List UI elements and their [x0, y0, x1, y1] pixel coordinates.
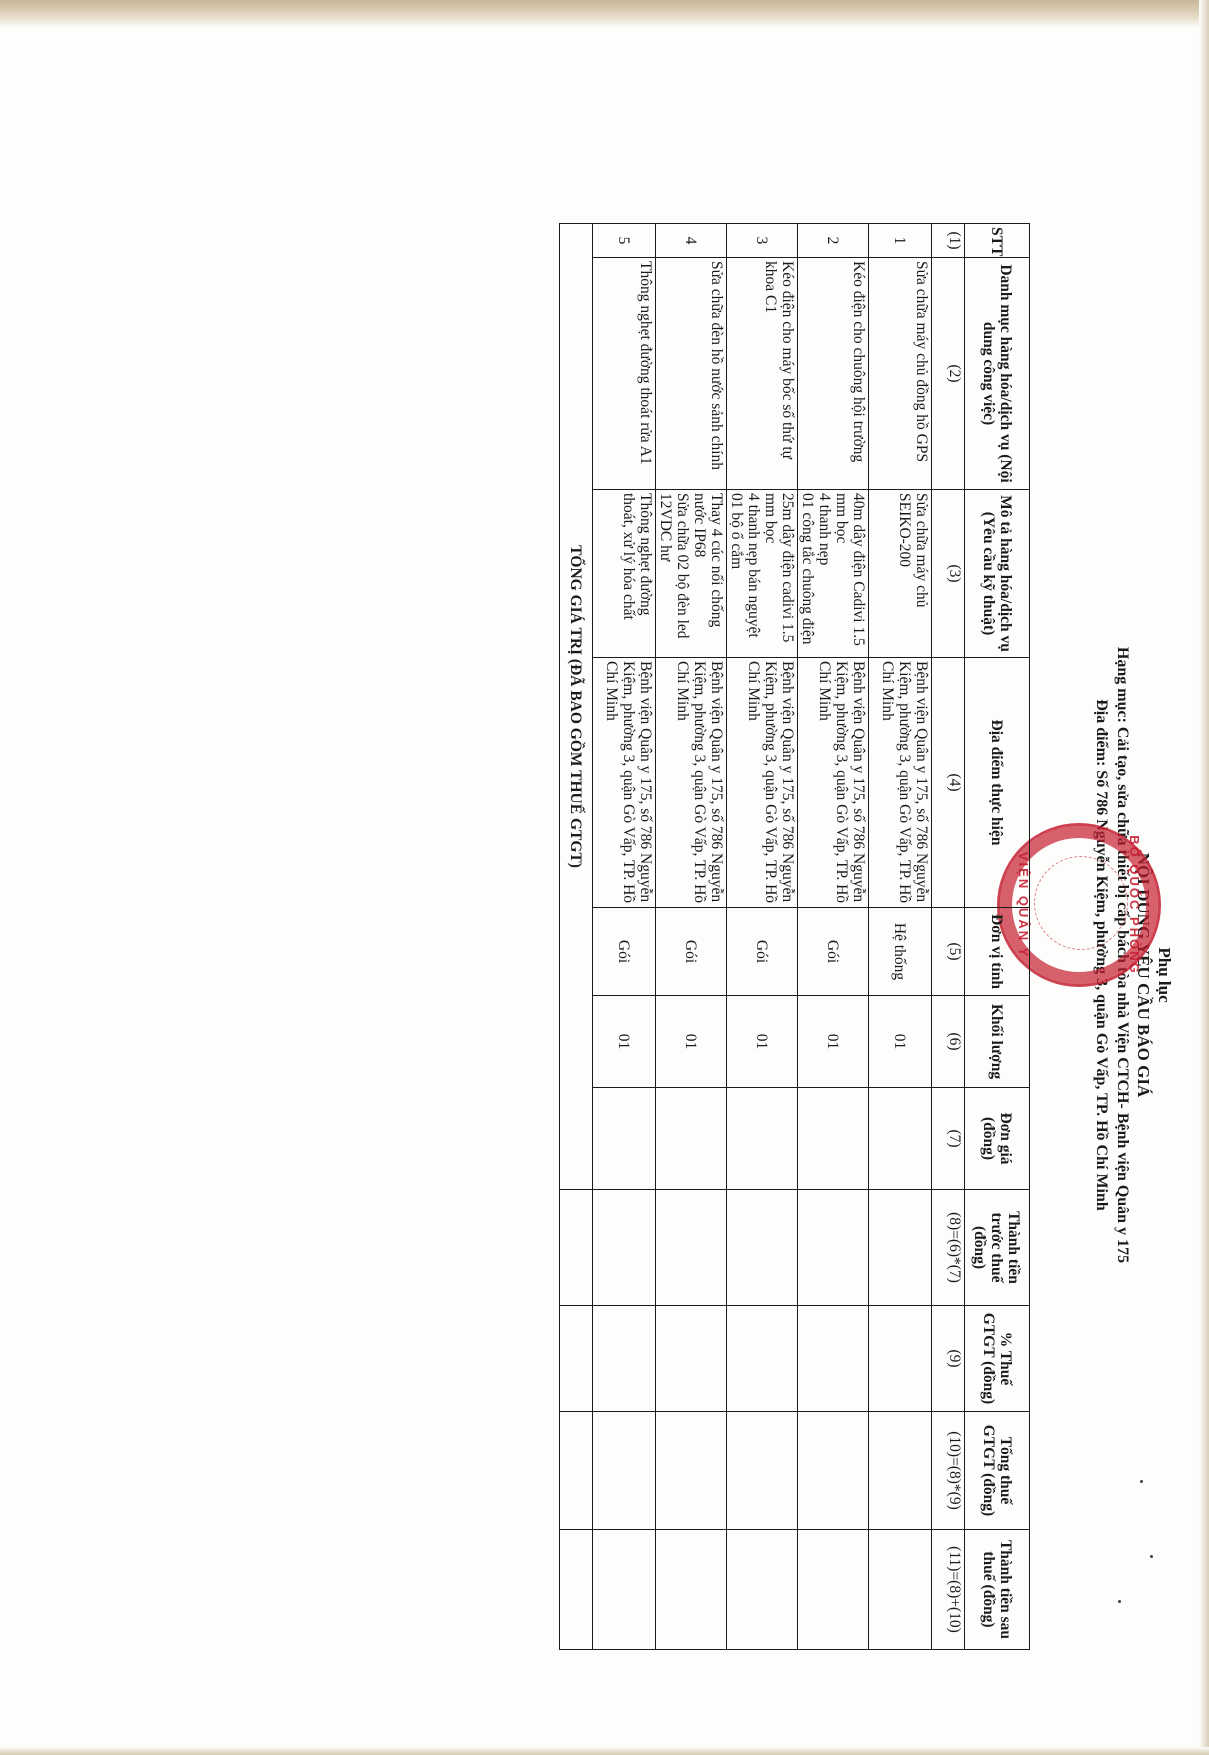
row-location: Bệnh viện Quân y 175, số 786 Nguyễn Kiệm… — [593, 658, 656, 908]
row-amount-after-tax — [593, 1530, 656, 1650]
header-quantity: Khối lượng — [965, 996, 1030, 1088]
quotation-table: STT Danh mục hàng hóa/dịch vụ (Nội dung … — [559, 223, 1030, 1650]
colnum-3: (3) — [932, 490, 965, 658]
colnum-11: (11)=(8)+(10) — [932, 1530, 965, 1650]
row-vat-percent — [727, 1306, 798, 1412]
row-quantity: 01 — [727, 996, 798, 1088]
row-stt: 3 — [727, 224, 798, 258]
table-row: 3Kéo điện cho máy bốc số thứ tự khoa C12… — [727, 224, 798, 1650]
colnum-1: (1) — [932, 224, 965, 258]
row-unit: Gói — [593, 908, 656, 996]
scan-speck — [1140, 1480, 1143, 1483]
row-amount-before-tax — [593, 1190, 656, 1306]
row-location: Bệnh viện Quân y 175, số 786 Nguyễn Kiệm… — [656, 658, 727, 908]
row-item: Sửa chữa máy chủ đồng hồ GPS — [869, 258, 932, 490]
total-vat — [560, 1412, 593, 1530]
table-row: 4Sửa chữa đèn hồ nước sảnh chínhThay 4 c… — [656, 224, 727, 1650]
row-unit-price — [869, 1088, 932, 1190]
row-vat-percent — [869, 1306, 932, 1412]
row-amount-after-tax — [869, 1530, 932, 1650]
scan-edge-top — [0, 0, 1209, 28]
row-item: Thông nghẹt đường thoát rửa A1 — [593, 258, 656, 490]
project-line: Hạng mục: Cải tạo, sửa chữa thiết bị cấp… — [1112, 205, 1133, 1705]
row-vat-total — [593, 1412, 656, 1530]
table-row: 1Sửa chữa máy chủ đồng hồ GPSSửa chữa má… — [869, 224, 932, 1650]
row-item: Kéo điện cho máy bốc số thứ tự khoa C1 — [727, 258, 798, 490]
row-unit: Gói — [798, 908, 869, 996]
column-number-row: (1) (2) (3) (4) (5) (6) (7) (8)=(6)*(7) … — [932, 224, 965, 1650]
row-vat-percent — [593, 1306, 656, 1412]
scan-edge-bottom — [0, 1747, 1209, 1755]
document-title-block: Phụ lục NỘI DUNG YÊU CẦU BÁO GIÁ Hạng mụ… — [1065, 205, 1175, 1705]
row-stt: 5 — [593, 224, 656, 258]
row-item: Kéo điện cho chuông hội trường — [798, 258, 869, 490]
scan-speck — [1150, 1555, 1153, 1558]
row-stt: 2 — [798, 224, 869, 258]
header-item: Danh mục hàng hóa/dịch vụ (Nội dung công… — [965, 258, 1030, 490]
colnum-10: (10)=(8)*(9) — [932, 1412, 965, 1530]
row-amount-after-tax — [798, 1530, 869, 1650]
header-vat-percent: % Thuế GTGT (đồng) — [965, 1306, 1030, 1412]
header-unit: Đơn vị tính — [965, 908, 1030, 996]
row-unit: Gói — [656, 908, 727, 996]
row-quantity: 01 — [656, 996, 727, 1088]
row-amount-before-tax — [727, 1190, 798, 1306]
total-amount-before-tax — [560, 1190, 593, 1306]
row-description: 25m dây điện cadivi 1.5 mm bọc 4 thanh n… — [727, 490, 798, 658]
row-quantity: 01 — [869, 996, 932, 1088]
total-vat-percent — [560, 1306, 593, 1412]
row-vat-total — [656, 1412, 727, 1530]
row-vat-total — [798, 1412, 869, 1530]
scan-speck — [1118, 1600, 1121, 1603]
row-unit: Hệ thống — [869, 908, 932, 996]
row-description: Thông nghẹt đường thoát, xử lý hóa chất — [593, 490, 656, 658]
row-description: Sửa chữa máy chủ SEIKO-200 — [869, 490, 932, 658]
row-description: Thay 4 cúc nối chống nước IP68 Sửa chữa … — [656, 490, 727, 658]
total-value — [560, 1530, 593, 1650]
row-quantity: 01 — [593, 996, 656, 1088]
row-stt: 4 — [656, 224, 727, 258]
row-amount-before-tax — [869, 1190, 932, 1306]
row-unit-price — [798, 1088, 869, 1190]
row-location: Bệnh viện Quân y 175, số 786 Nguyễn Kiệm… — [798, 658, 869, 908]
header-description: Mô tả hàng hóa/dịch vụ (Yêu cầu kỹ thuật… — [965, 490, 1030, 658]
row-unit-price — [727, 1088, 798, 1190]
annex-label: Phụ lục — [1154, 245, 1175, 1705]
header-amount-after-tax: Thành tiền sau thuế (đồng) — [965, 1530, 1030, 1650]
table-header-row: STT Danh mục hàng hóa/dịch vụ (Nội dung … — [965, 224, 1030, 1650]
colnum-7: (7) — [932, 1088, 965, 1190]
row-amount-before-tax — [656, 1190, 727, 1306]
row-location: Bệnh viện Quân y 175, số 786 Nguyễn Kiệm… — [727, 658, 798, 908]
row-unit-price — [593, 1088, 656, 1190]
colnum-6: (6) — [932, 996, 965, 1088]
total-row: TỔNG GIÁ TRỊ (ĐÃ BAO GỒM THUẾ GTGT) — [560, 224, 593, 1650]
table-row: 5Thông nghẹt đường thoát rửa A1Thông ngh… — [593, 224, 656, 1650]
header-amount-before-tax: Thành tiền trước thuế (đồng) — [965, 1190, 1030, 1306]
row-vat-total — [727, 1412, 798, 1530]
total-label: TỔNG GIÁ TRỊ (ĐÃ BAO GỒM THUẾ GTGT) — [560, 224, 593, 1190]
header-vat-total: Tổng thuế GTGT (đồng) — [965, 1412, 1030, 1530]
row-vat-total — [869, 1412, 932, 1530]
row-amount-after-tax — [727, 1530, 798, 1650]
colnum-9: (9) — [932, 1306, 965, 1412]
header-unit-price: Đơn giá (đồng) — [965, 1088, 1030, 1190]
rotated-document-page: Phụ lục NỘI DUNG YÊU CẦU BÁO GIÁ Hạng mụ… — [475, 205, 1175, 1705]
row-vat-percent — [798, 1306, 869, 1412]
row-amount-before-tax — [798, 1190, 869, 1306]
header-stt: STT — [965, 224, 1030, 258]
location-line: Địa điểm: Số 786 Nguyễn Kiệm, phường 3, … — [1091, 205, 1112, 1705]
header-location: Địa điểm thực hiện — [965, 658, 1030, 908]
row-item: Sửa chữa đèn hồ nước sảnh chính — [656, 258, 727, 490]
row-stt: 1 — [869, 224, 932, 258]
row-amount-after-tax — [656, 1530, 727, 1650]
scan-edge-right — [1199, 0, 1209, 1755]
document-title: NỘI DUNG YÊU CẦU BÁO GIÁ — [1133, 245, 1154, 1705]
colnum-8: (8)=(6)*(7) — [932, 1190, 965, 1306]
colnum-4: (4) — [932, 658, 965, 908]
row-location: Bệnh viện Quân y 175, số 786 Nguyễn Kiệm… — [869, 658, 932, 908]
row-description: 40m dây điện Cadivi 1.5 mm bọc 4 thanh n… — [798, 490, 869, 658]
row-vat-percent — [656, 1306, 727, 1412]
colnum-5: (5) — [932, 908, 965, 996]
row-quantity: 01 — [798, 996, 869, 1088]
colnum-2: (2) — [932, 258, 965, 490]
table-row: 2Kéo điện cho chuông hội trường40m dây đ… — [798, 224, 869, 1650]
row-unit-price — [656, 1088, 727, 1190]
row-unit: Gói — [727, 908, 798, 996]
